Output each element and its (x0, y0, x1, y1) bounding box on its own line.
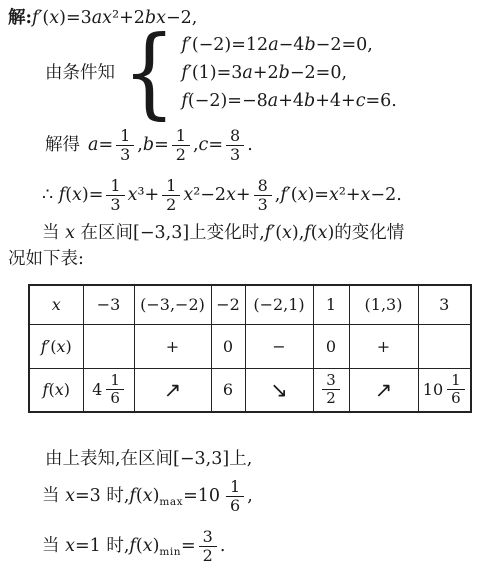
conclusion-line: 由上表知,在区间[−3,3]上, (45, 447, 252, 471)
fpx-cell: + (349, 324, 418, 368)
therefore-lead: ∴ f(x)= (42, 183, 103, 207)
equation-3: f(−2)=−8a+4b+4+c=6. (181, 87, 397, 115)
solve-period: . (247, 133, 253, 157)
condition-label: 由条件知 (45, 61, 115, 85)
equation-list: f′(−2)=12a−4b−2=0, f′(1)=3a+2b−2=0, f(−2… (181, 31, 397, 115)
solution-page: 解:f′(x)=3ax²+2bx−2, 由条件知 { f′(−2)=12a−4b… (0, 0, 500, 570)
min-line: 当 x=1 时, f(x) min = 32 . (42, 523, 225, 569)
fx-cell: 416 (83, 368, 134, 412)
x-cell: 3 (418, 285, 471, 324)
function-value-row: f(x) 416 ↗ 6 ↘ 32 ↗ 1016 (29, 368, 471, 412)
fpx-cell: + (134, 324, 211, 368)
x-cell: −2 (211, 285, 245, 324)
fpx-cell: 0 (313, 324, 349, 368)
fx-fraction-1: 13 (106, 177, 124, 214)
fx-fraction-2: 12 (162, 177, 180, 214)
fx-cell: 32 (313, 368, 349, 412)
fx-row-header: f(x) (29, 368, 83, 412)
fx-fraction-3: 83 (254, 177, 272, 214)
fx-term-2: x²−2x+ (183, 183, 250, 207)
equation-2: f′(1)=3a+2b−2=0, (181, 59, 397, 87)
x-cell: −3 (83, 285, 134, 324)
x-cell: (1,3) (349, 285, 418, 324)
min-subscript: min (159, 540, 181, 564)
fx-derivative-tail: ,f′(x)=x²+x−2. (275, 183, 402, 207)
fx-cell: 1016 (418, 368, 471, 412)
solution-label: 解: (8, 8, 32, 28)
min-value: 32 (199, 528, 217, 565)
equation-1: f′(−2)=12a−4b−2=0, (181, 31, 397, 59)
a-fraction: 13 (116, 127, 134, 164)
mixed-number: 1016 (423, 372, 466, 407)
fpx-cell: 0 (211, 324, 245, 368)
decrease-arrow-icon: ↘ (245, 368, 313, 412)
b-fraction: 12 (172, 127, 190, 164)
fpx-cell (83, 324, 134, 368)
increase-arrow-icon: ↗ (349, 368, 418, 412)
function-line: ∴ f(x)= 13 x³+ 12 x²−2x+ 83 ,f′(x)=x²+x−… (42, 172, 402, 218)
variation-table: x −3 (−3,−2) −2 (−2,1) 1 (1,3) 3 f′(x) +… (28, 284, 472, 413)
fpx-cell: − (245, 324, 313, 368)
table-intro-line-2: 况如下表: (8, 247, 84, 271)
x-row-header: x (29, 285, 83, 324)
b-equals: ,b= (137, 133, 168, 157)
x-cell: (−3,−2) (134, 285, 211, 324)
increase-arrow-icon: ↗ (134, 368, 211, 412)
fraction: 32 (322, 372, 340, 407)
solve-label: 解得 (45, 133, 80, 157)
fx-cell: 6 (211, 368, 245, 412)
max-value: 1016 (198, 478, 247, 515)
derivative-sign-row: f′(x) + 0 − 0 + (29, 324, 471, 368)
c-equals: ,c= (193, 133, 223, 157)
a-equals: a= (88, 133, 113, 157)
equation-system: 由条件知 { f′(−2)=12a−4b−2=0, f′(1)=3a+2b−2=… (45, 30, 397, 116)
fpx-row-header: f′(x) (29, 324, 83, 368)
fpx-cell (418, 324, 471, 368)
x-row: x −3 (−3,−2) −2 (−2,1) 1 (1,3) 3 (29, 285, 471, 324)
solve-line: 解得 a= 13 ,b= 12 ,c= 83 . (45, 122, 253, 168)
x-cell: (−2,1) (245, 285, 313, 324)
c-fraction: 83 (226, 127, 244, 164)
left-brace: { (123, 30, 176, 116)
max-subscript: max (159, 490, 183, 514)
table-intro-line-1: 当 x 在区间[−3,3]上变化时,f′(x),f(x)的变化情 (42, 221, 404, 245)
x-cell: 1 (313, 285, 349, 324)
max-line: 当 x=3 时, f(x) max = 1016 , (42, 473, 253, 519)
mixed-number: 416 (92, 372, 125, 407)
fx-term-1: x³+ (128, 183, 160, 207)
